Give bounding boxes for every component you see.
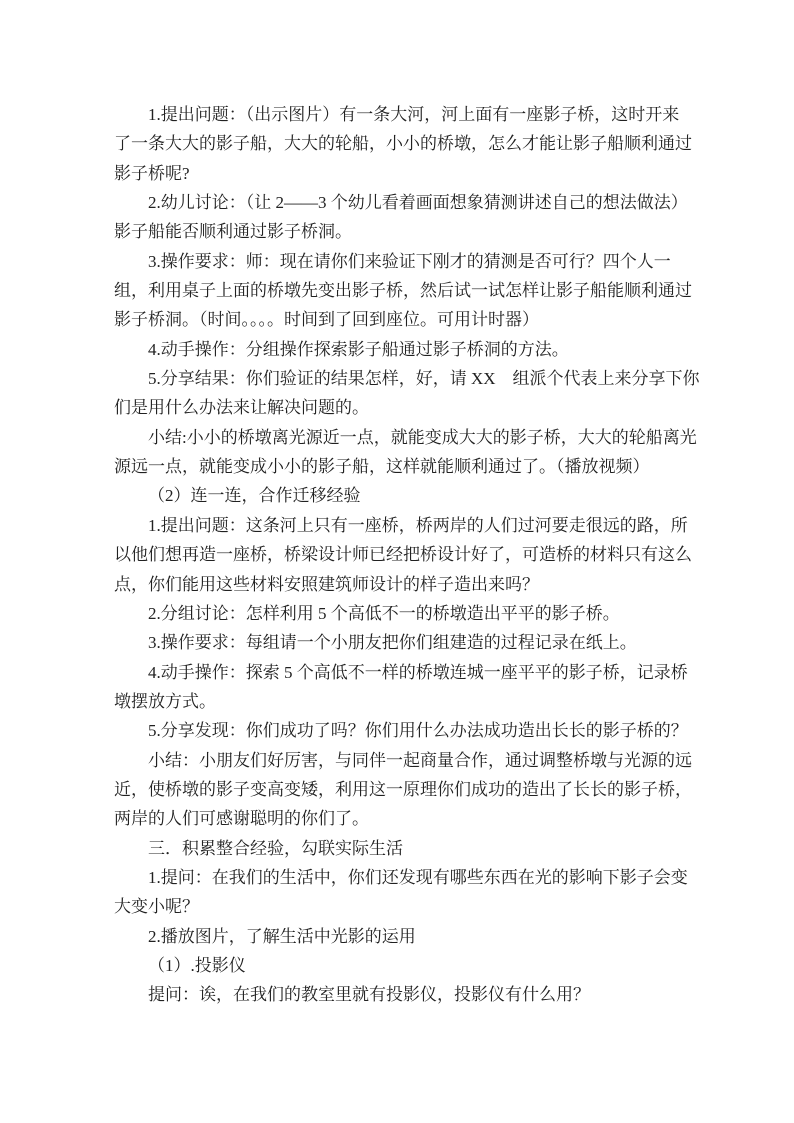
text-line: 5.分享结果：你们验证的结果怎样，好，请 XX 组派个代表上来分享下你: [114, 364, 704, 393]
text-line: 大变小呢？: [114, 892, 704, 921]
text-line: 小结：小朋友们好厉害，与同伴一起商量合作，通过调整桥墩与光源的远: [114, 746, 704, 775]
text-line: 墩摆放方式。: [114, 687, 704, 716]
text-line: 2.播放图片，了解生活中光影的运用: [114, 922, 704, 951]
text-line: （1）.投影仪: [114, 951, 704, 980]
text-line: 3.操作要求：师：现在请你们来验证下刚才的猜测是否可行？四个人一: [114, 247, 704, 276]
text-line: 源远一点，就能变成小小的影子船，这样就能顺利通过了。（播放视频）: [114, 452, 704, 481]
text-line: 1.提出问题：（出示图片）有一条大河，河上面有一座影子桥，这时开来: [114, 100, 704, 129]
text-line: 影子船能否顺利通过影子桥洞。: [114, 217, 704, 246]
text-line: 点，你们能用这些材料安照建筑师设计的样子造出来吗？: [114, 570, 704, 599]
text-line: 影子桥呢?: [114, 159, 704, 188]
text-line: 提问：诶，在我们的教室里就有投影仪，投影仪有什么用？: [114, 980, 704, 1009]
text-line: 3.操作要求：每组请一个小朋友把你们组建造的过程记录在纸上。: [114, 628, 704, 657]
text-line: 2.幼儿讨论：（让 2——3 个幼儿看着画面想象猜测讲述自己的想法做法）: [114, 188, 704, 217]
document-body: 1.提出问题：（出示图片）有一条大河，河上面有一座影子桥，这时开来了一条大大的影…: [114, 100, 704, 1010]
text-line: 2.分组讨论：怎样利用 5 个高低不一的桥墩造出平平的影子桥。: [114, 599, 704, 628]
text-line: （2）连一连，合作迁移经验: [114, 481, 704, 510]
text-line: 近，使桥墩的影子变高变矮，利用这一原理你们成功的造出了长长的影子桥，: [114, 775, 704, 804]
text-line: 4.动手操作：探索 5 个高低不一样的桥墩连城一座平平的影子桥，记录桥: [114, 658, 704, 687]
text-line: 了一条大大的影子船，大大的轮船，小小的桥墩，怎么才能让影子船顺利通过: [114, 129, 704, 158]
document-page: 1.提出问题：（出示图片）有一条大河，河上面有一座影子桥，这时开来了一条大大的影…: [0, 0, 794, 1123]
text-line: 以他们想再造一座桥，桥梁设计师已经把桥设计好了，可造桥的材料只有这么: [114, 540, 704, 569]
text-line: 们是用什么办法来让解决问题的。: [114, 393, 704, 422]
text-line: 两岸的人们可感谢聪明的你们了。: [114, 804, 704, 833]
text-line: 三．积累整合经验，勾联实际生活: [114, 834, 704, 863]
text-line: 5.分享发现：你们成功了吗？你们用什么办法成功造出长长的影子桥的？: [114, 716, 704, 745]
text-line: 1.提出问题：这条河上只有一座桥，桥两岸的人们过河要走很远的路，所: [114, 511, 704, 540]
text-line: 组，利用桌子上面的桥墩先变出影子桥，然后试一试怎样让影子船能顺利通过: [114, 276, 704, 305]
text-line: 小结:小小的桥墩离光源近一点，就能变成大大的影子桥，大大的轮船离光: [114, 423, 704, 452]
text-line: 影子桥洞。（时间。。。。时间到了回到座位。可用计时器）: [114, 305, 704, 334]
text-line: 4.动手操作：分组操作探索影子船通过影子桥洞的方法。: [114, 335, 704, 364]
text-line: 1.提问：在我们的生活中，你们还发现有哪些东西在光的影响下影子会变: [114, 863, 704, 892]
